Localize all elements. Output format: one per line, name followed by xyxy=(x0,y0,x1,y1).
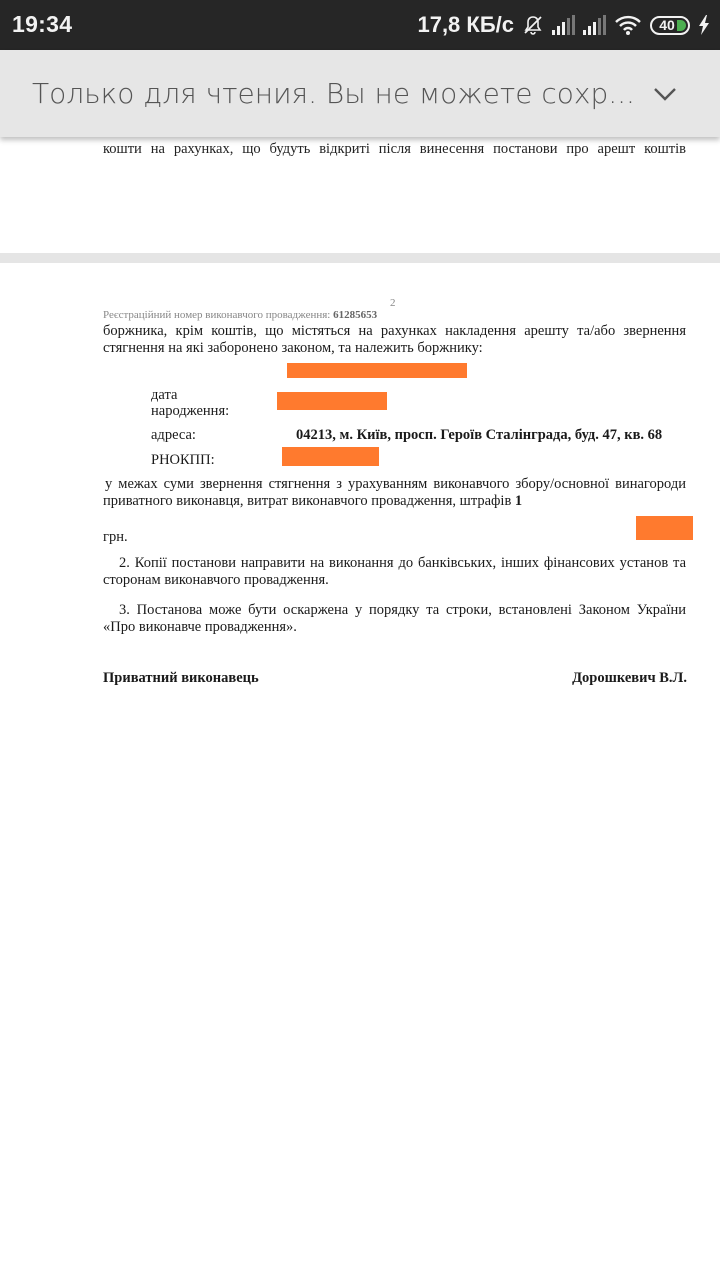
redacted-name xyxy=(287,363,467,378)
redacted-dob xyxy=(277,392,387,410)
paragraph-debtor: боржника, крім коштів, що містяться на р… xyxy=(103,323,686,357)
fine-amount-prefix: 1 xyxy=(515,493,522,509)
paragraph-limit: у межах суми звернення стягнення з ураху… xyxy=(103,476,686,510)
item-3: 3. Постанова може бути оскаржена у поряд… xyxy=(103,602,686,636)
signal-icon xyxy=(583,15,606,35)
page1-last-line: кошти на рахунках, що будуть відкриті пі… xyxy=(103,141,686,158)
registration-number: Реєстраційний номер виконавчого провадже… xyxy=(103,309,377,321)
registration-label: Реєстраційний номер виконавчого провадже… xyxy=(103,309,330,321)
dob-label-line2: народження: xyxy=(151,403,229,420)
battery-icon: 40 xyxy=(650,16,690,35)
document-page-1: кошти на рахунках, що будуть відкриті пі… xyxy=(0,137,720,253)
document-page-2: 2 Реєстраційний номер виконавчого провад… xyxy=(0,263,720,1280)
wifi-icon xyxy=(614,14,642,36)
status-icons: 17,8 КБ/с 40 xyxy=(417,10,710,40)
paragraph-limit-text: у межах суми звернення стягнення з ураху… xyxy=(103,476,686,509)
signer-name: Дорошкевич В.Л. xyxy=(572,670,687,687)
status-bar: 19:34 17,8 КБ/с 40 xyxy=(0,0,720,50)
currency-label: грн. xyxy=(103,529,128,546)
redacted-fine-amount xyxy=(636,516,693,540)
read-only-banner[interactable]: Только для чтения. Вы не можете сохр... xyxy=(0,50,720,137)
charging-icon xyxy=(698,15,710,35)
status-time: 19:34 xyxy=(12,11,72,38)
rnokpp-label: РНОКПП: xyxy=(151,452,215,469)
redacted-rnokpp xyxy=(282,447,379,466)
address-label: адреса: xyxy=(151,427,196,444)
bell-off-icon xyxy=(522,14,544,36)
signal-icon xyxy=(552,15,575,35)
battery-level: 40 xyxy=(659,17,675,33)
page-number: 2 xyxy=(390,297,396,309)
network-speed: 17,8 КБ/с xyxy=(417,12,514,38)
page-separator xyxy=(0,253,720,263)
item-2: 2. Копії постанови направити на виконанн… xyxy=(103,555,686,589)
registration-value: 61285653 xyxy=(333,309,377,321)
chevron-down-icon[interactable] xyxy=(650,80,680,108)
address-value: 04213, м. Київ, просп. Героїв Сталінград… xyxy=(296,427,662,444)
dob-label-line1: дата xyxy=(151,387,177,404)
read-only-message: Только для чтения. Вы не можете сохр... xyxy=(32,77,635,110)
signer-title: Приватний виконавець xyxy=(103,670,259,687)
